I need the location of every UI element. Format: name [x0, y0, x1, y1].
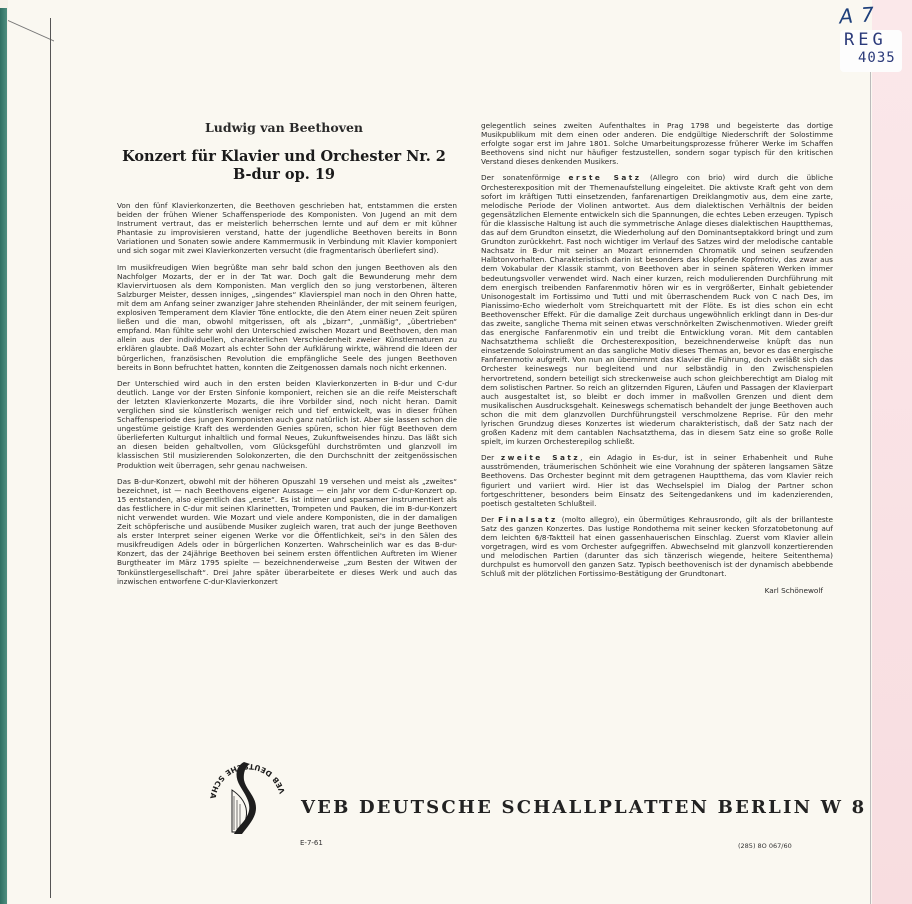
record-label-name: VEB DEUTSCHE SCHALLPLATTEN BERLIN W 8	[301, 797, 866, 818]
text: , ein Adagio in Es-dur, ist in seiner Er…	[481, 453, 833, 507]
movement-heading: erste Satz	[569, 173, 642, 182]
registration-number: 4035	[858, 50, 896, 66]
registration-sticker: REG 4035	[840, 30, 902, 72]
text: Der	[481, 453, 501, 462]
movement-heading: Finalsatz	[498, 515, 558, 524]
paragraph-second-movement: Der zweite Satz, ein Adagio in Es-dur, i…	[481, 453, 833, 508]
text: (Allegro con brio) wird durch die üblich…	[481, 173, 833, 446]
registration-prefix: REG	[844, 30, 887, 50]
paragraph: Der Unterschied wird auch in den ersten …	[117, 379, 457, 470]
paragraph: gelegentlich seines zweiten Aufenthaltes…	[481, 121, 833, 166]
paragraph: Im musikfreudigen Wien begrüßte man sehr…	[117, 263, 457, 372]
author-signature: Karl Schönewolf	[481, 586, 833, 595]
sleeve-spine-edge	[0, 8, 7, 904]
sleeve-right-fold	[870, 60, 871, 904]
movement-heading: zweite Satz	[501, 453, 580, 462]
text: Der sonatenförmige	[481, 173, 569, 182]
veb-record-label-logo-icon: VEB DEUTSCHE SCHALLPLATTEN	[198, 752, 298, 852]
liner-notes-right-column: gelegentlich seines zweiten Aufenthaltes…	[481, 121, 833, 595]
work-title: Konzert für Klavier und Orchester Nr. 2 …	[110, 148, 458, 184]
liner-notes-left-column: Von den fünf Klavierkonzerten, die Beeth…	[117, 201, 457, 593]
paragraph: Das B-dur-Konzert, obwohl mit der höhere…	[117, 477, 457, 586]
paragraph-first-movement: Der sonatenförmige erste Satz (Allegro c…	[481, 173, 833, 446]
sleeve-fold-line	[50, 18, 51, 898]
license-code: (285) 8O 067/60	[738, 842, 792, 850]
print-code: E-7-61	[300, 839, 323, 847]
text: Der	[481, 515, 498, 524]
work-title-line1: Konzert für Klavier und Orchester Nr. 2	[110, 148, 458, 166]
text: (molto allegro), ein übermütiges Kehraus…	[481, 515, 833, 579]
composer-name: Ludwig van Beethoven	[110, 120, 458, 135]
work-title-line2: B-dur op. 19	[110, 166, 458, 184]
sleeve-right-strip	[872, 0, 912, 904]
paragraph: Von den fünf Klavierkonzerten, die Beeth…	[117, 201, 457, 256]
paragraph-finale: Der Finalsatz (molto allegro), ein überm…	[481, 515, 833, 579]
